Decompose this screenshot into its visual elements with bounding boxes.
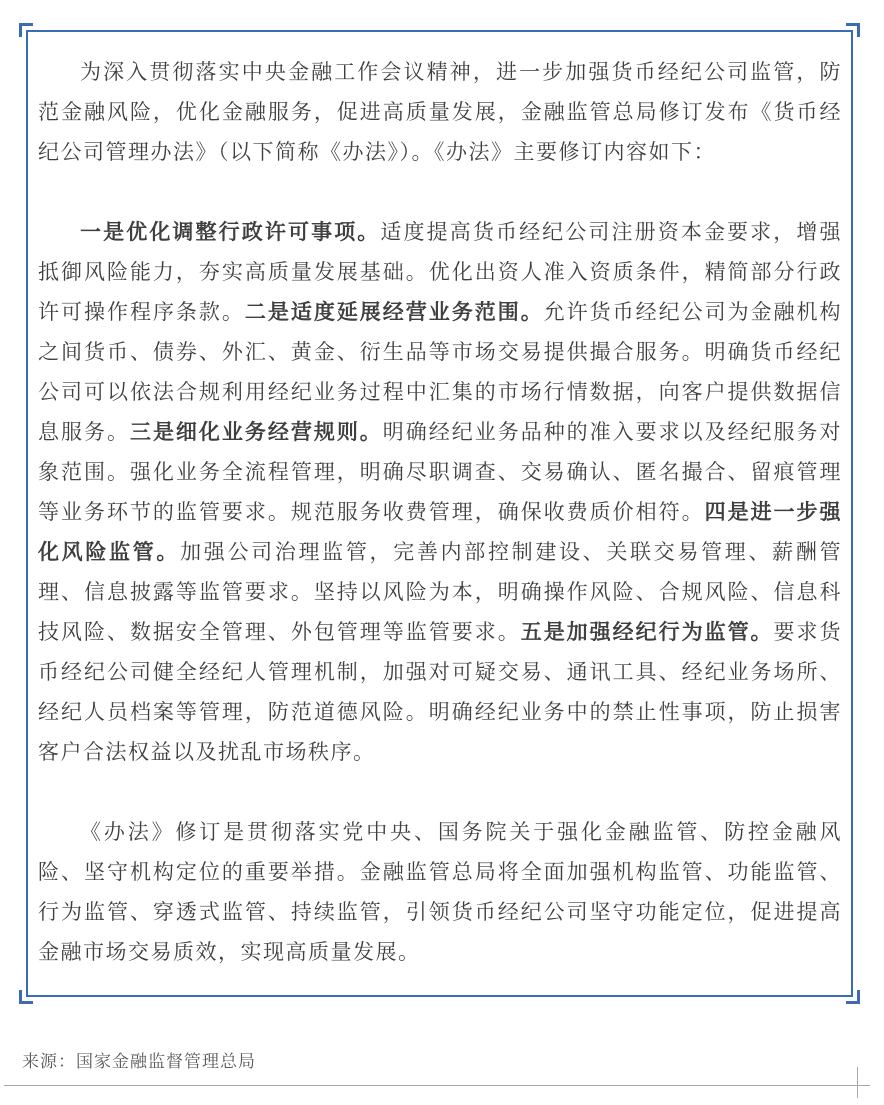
corner-bracket-top-left-icon: [19, 23, 33, 37]
inline-section-heading: 二是适度延展经营业务范围。: [245, 301, 544, 324]
body-text: 《办法》修订是贯彻落实党中央、国务院关于强化金融监管、防控金融风险、坚守机构定位…: [38, 821, 842, 964]
inline-section-heading: 一是优化调整行政许可事项。: [80, 221, 380, 244]
paragraph: 《办法》修订是贯彻落实党中央、国务院关于强化金融监管、防控金融风险、坚守机构定位…: [38, 813, 842, 973]
column-gridline: [857, 1067, 858, 1098]
article-frame: 为深入贯彻落实中央金融工作会议精神，进一步加强货币经纪公司监管，防范金融风险，优…: [26, 30, 853, 997]
inline-section-heading: 三是细化业务经营规则。: [130, 421, 383, 444]
article-body: 为深入贯彻落实中央金融工作会议精神，进一步加强货币经纪公司监管，防范金融风险，优…: [28, 32, 851, 995]
corner-bracket-top-right-icon: [846, 23, 860, 37]
page: { "article": { "paragraphs": [ { "segmen…: [0, 0, 884, 1105]
source-label: 来源：国家金融监督管理总局: [22, 1050, 256, 1074]
corner-bracket-bottom-left-icon: [19, 990, 33, 1004]
paragraph: 一是优化调整行政许可事项。适度提高货币经纪公司注册资本金要求，增强抵御风险能力，…: [38, 213, 842, 773]
inline-section-heading: 五是加强经纪行为监管。: [521, 621, 774, 644]
corner-bracket-bottom-right-icon: [846, 990, 860, 1004]
body-text: 为深入贯彻落实中央金融工作会议精神，进一步加强货币经纪公司监管，防范金融风险，优…: [38, 61, 842, 164]
paragraph: 为深入贯彻落实中央金融工作会议精神，进一步加强货币经纪公司监管，防范金融风险，优…: [38, 53, 842, 173]
footer-divider: [4, 1085, 870, 1086]
